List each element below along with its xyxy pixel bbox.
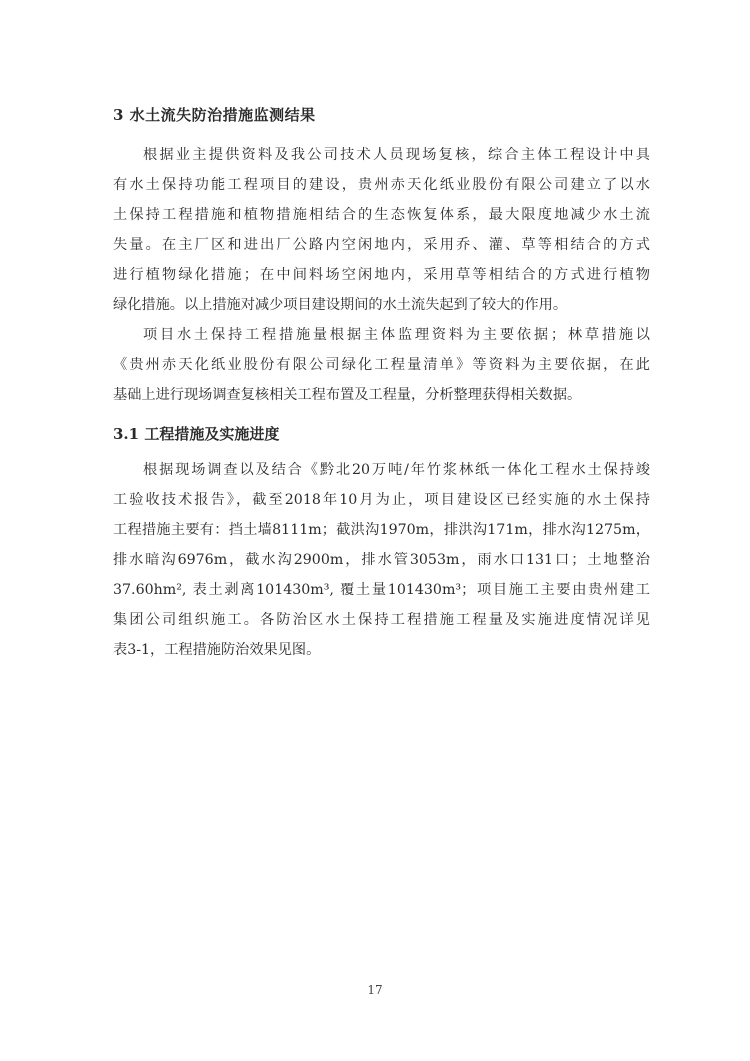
paragraph-line: 工验收技术报告》，截至2018年10月为止，项目建设区已经实施的水土保持 bbox=[113, 490, 650, 510]
paragraph-line: 基础上进行现场调查复核相关工程布置及工程量，分析整理获得相关数据。 bbox=[113, 385, 650, 405]
paragraph-line: 37.60hm², 表土剥离101430m³, 覆土量101430m³；项目施工… bbox=[113, 580, 650, 600]
paragraph-line: 项目水土保持工程措施量根据主体监理资料为主要依据；林草措施以 bbox=[143, 325, 650, 345]
paragraph-line: 绿化措施。以上措施对减少项目建设期间的水土流失起到了较大的作用。 bbox=[113, 295, 650, 315]
page-number: 17 bbox=[0, 983, 750, 997]
paragraph-line: 《贵州赤天化纸业股份有限公司绿化工程量清单》等资料为主要依据，在此 bbox=[113, 355, 650, 375]
section-heading: 3 水土流失防治措施监测结果 bbox=[113, 104, 316, 125]
paragraph-line: 表3-1，工程措施防治效果见图。 bbox=[113, 640, 650, 660]
paragraph-line: 排水暗沟6976m，截水沟2900m，排水管3053m，雨水口131口；土地整治 bbox=[113, 550, 650, 570]
subsection-heading: 3.1 工程措施及实施进度 bbox=[113, 423, 279, 444]
paragraph-line: 根据业主提供资料及我公司技术人员现场复核，综合主体工程设计中具 bbox=[143, 145, 650, 165]
paragraph-line: 进行植物绿化措施；在中间料场空闲地内，采用草等相结合的方式进行植物 bbox=[113, 265, 650, 285]
paragraph-line: 失量。在主厂区和进出厂公路内空闲地内，采用乔、灌、草等相结合的方式 bbox=[113, 235, 650, 255]
paragraph-line: 集团公司组织施工。各防治区水土保持工程措施工程量及实施进度情况详见 bbox=[113, 610, 650, 630]
paragraph-line: 工程措施主要有：挡土墙8111m；截洪沟1970m，排洪沟171m，排水沟127… bbox=[113, 520, 650, 540]
paragraph-line: 有水土保持功能工程项目的建设，贵州赤天化纸业股份有限公司建立了以水 bbox=[113, 175, 650, 195]
paragraph-line: 根据现场调查以及结合《黔北20万吨/年竹浆林纸一体化工程水土保持竣 bbox=[143, 460, 650, 480]
paragraph-line: 土保持工程措施和植物措施相结合的生态恢复体系，最大限度地减少水土流 bbox=[113, 205, 650, 225]
